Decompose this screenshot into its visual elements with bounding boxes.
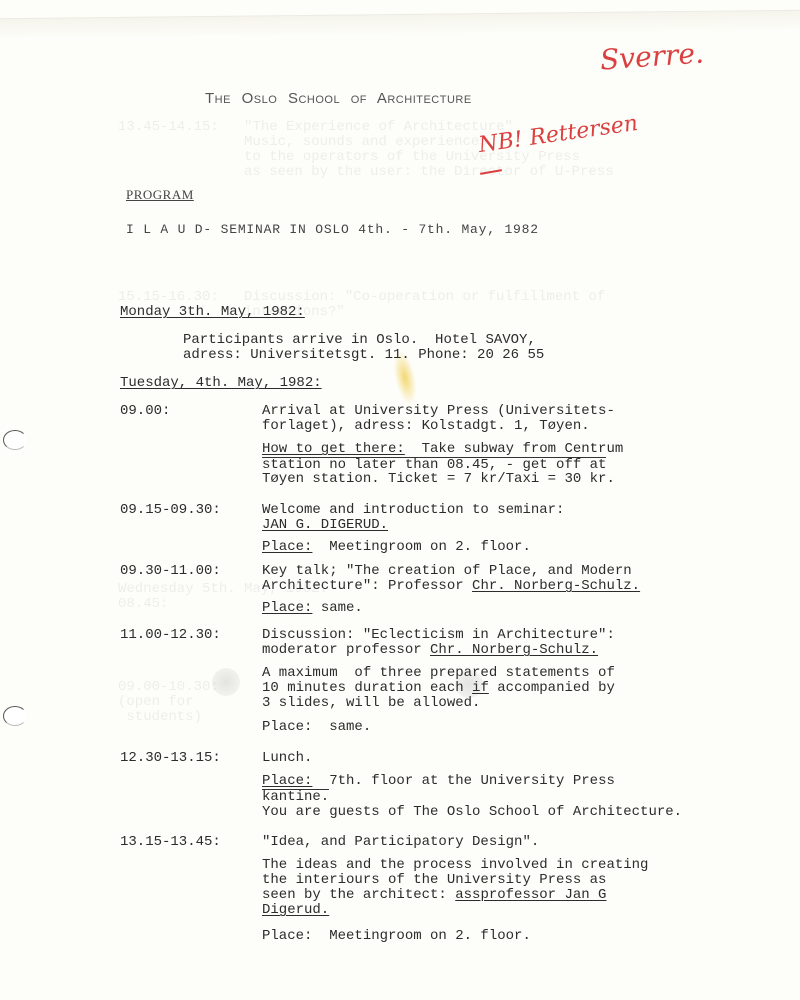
handwritten-note-sverre: Sverre. bbox=[599, 36, 705, 76]
schedule-text: forlaget), adress: Kolstadgt. 1, Tøyen. bbox=[262, 419, 590, 434]
schedule-text: Architecture": Professor Chr. Norberg-Sc… bbox=[262, 579, 640, 594]
schedule-time: 11.00-12.30: bbox=[120, 628, 221, 643]
schedule-time: 12.30-13.15: bbox=[120, 751, 221, 766]
directions-label: How to get there: bbox=[262, 441, 405, 457]
schedule-text: the interiours of the University Press a… bbox=[262, 873, 606, 888]
speaker-name: Digerud. bbox=[262, 903, 329, 918]
schedule-text: "Idea, and Participatory Design". bbox=[262, 835, 539, 850]
schedule-text: 10 minutes duration each if accompanied … bbox=[262, 681, 615, 696]
show-through-text: 09.00-10.30: (open for students) bbox=[118, 680, 219, 725]
schedule-text: Lunch. bbox=[262, 751, 312, 766]
seminar-title: I L A U D- SEMINAR IN OSLO 4th. - 7th. M… bbox=[126, 222, 539, 237]
speaker-name: Chr. Norberg-Schulz. bbox=[472, 578, 640, 594]
place-line: Place: same. bbox=[262, 601, 363, 616]
schedule-text: Welcome and introduction to seminar: bbox=[262, 503, 564, 518]
paper-fold bbox=[0, 10, 800, 39]
monday-line: adress: Universitetsgt. 11. Phone: 20 26… bbox=[183, 348, 544, 363]
day-heading-tuesday: Tuesday, 4th. May, 1982: bbox=[120, 376, 322, 391]
directions-line: How to get there: Take subway from Centr… bbox=[262, 442, 623, 457]
day-heading-monday: Monday 3th. May, 1982: bbox=[120, 305, 305, 320]
schedule-time: 09.30-11.00: bbox=[120, 564, 221, 579]
schedule-text: seen by the architect: assprofessor Jan … bbox=[262, 888, 606, 903]
punch-hole-icon bbox=[3, 706, 27, 726]
schedule-time: 09.00: bbox=[120, 404, 170, 419]
speaker-name: assprofessor Jan G bbox=[455, 887, 606, 903]
speaker-name: JAN G. DIGERUD. bbox=[262, 518, 388, 533]
monday-line: Participants arrive in Oslo. Hotel SAVOY… bbox=[183, 333, 536, 348]
schedule-text: You are guests of The Oslo School of Arc… bbox=[262, 805, 682, 820]
schedule-text: Arrival at University Press (Universitet… bbox=[262, 404, 615, 419]
schedule-text: A maximum of three prepared statements o… bbox=[262, 666, 615, 681]
speaker-name: Chr. Norberg-Schulz. bbox=[430, 642, 598, 658]
letterhead: The Oslo School of Architecture bbox=[205, 90, 472, 107]
document-page: 13.45-14.15: "The Experience of Architec… bbox=[0, 0, 800, 1000]
place-line: Place: Meetingroom on 2. floor. bbox=[262, 540, 531, 555]
place-line: kantine. bbox=[262, 789, 329, 805]
directions-line: Tøyen station. Ticket = 7 kr/Taxi = 30 k… bbox=[262, 472, 615, 487]
schedule-text: Key talk; "The creation of Place, and Mo… bbox=[262, 564, 632, 579]
stamp-mark bbox=[212, 668, 240, 696]
schedule-text: moderator professor Chr. Norberg-Schulz. bbox=[262, 643, 598, 658]
place-line: Place: same. bbox=[262, 720, 371, 735]
schedule-text: Discussion: "Eclecticism in Architecture… bbox=[262, 628, 615, 643]
place-line: Place: Meetingroom on 2. floor. bbox=[262, 929, 531, 944]
program-label: PROGRAM bbox=[126, 187, 194, 203]
schedule-text: The ideas and the process involved in cr… bbox=[262, 858, 648, 873]
place-line: Place: 7th. floor at the University Pres… bbox=[262, 774, 615, 789]
schedule-time: 13.15-13.45: bbox=[120, 835, 221, 850]
schedule-time: 09.15-09.30: bbox=[120, 503, 221, 518]
punch-hole-icon bbox=[3, 430, 27, 450]
schedule-text: 3 slides, will be allowed. bbox=[262, 696, 480, 711]
